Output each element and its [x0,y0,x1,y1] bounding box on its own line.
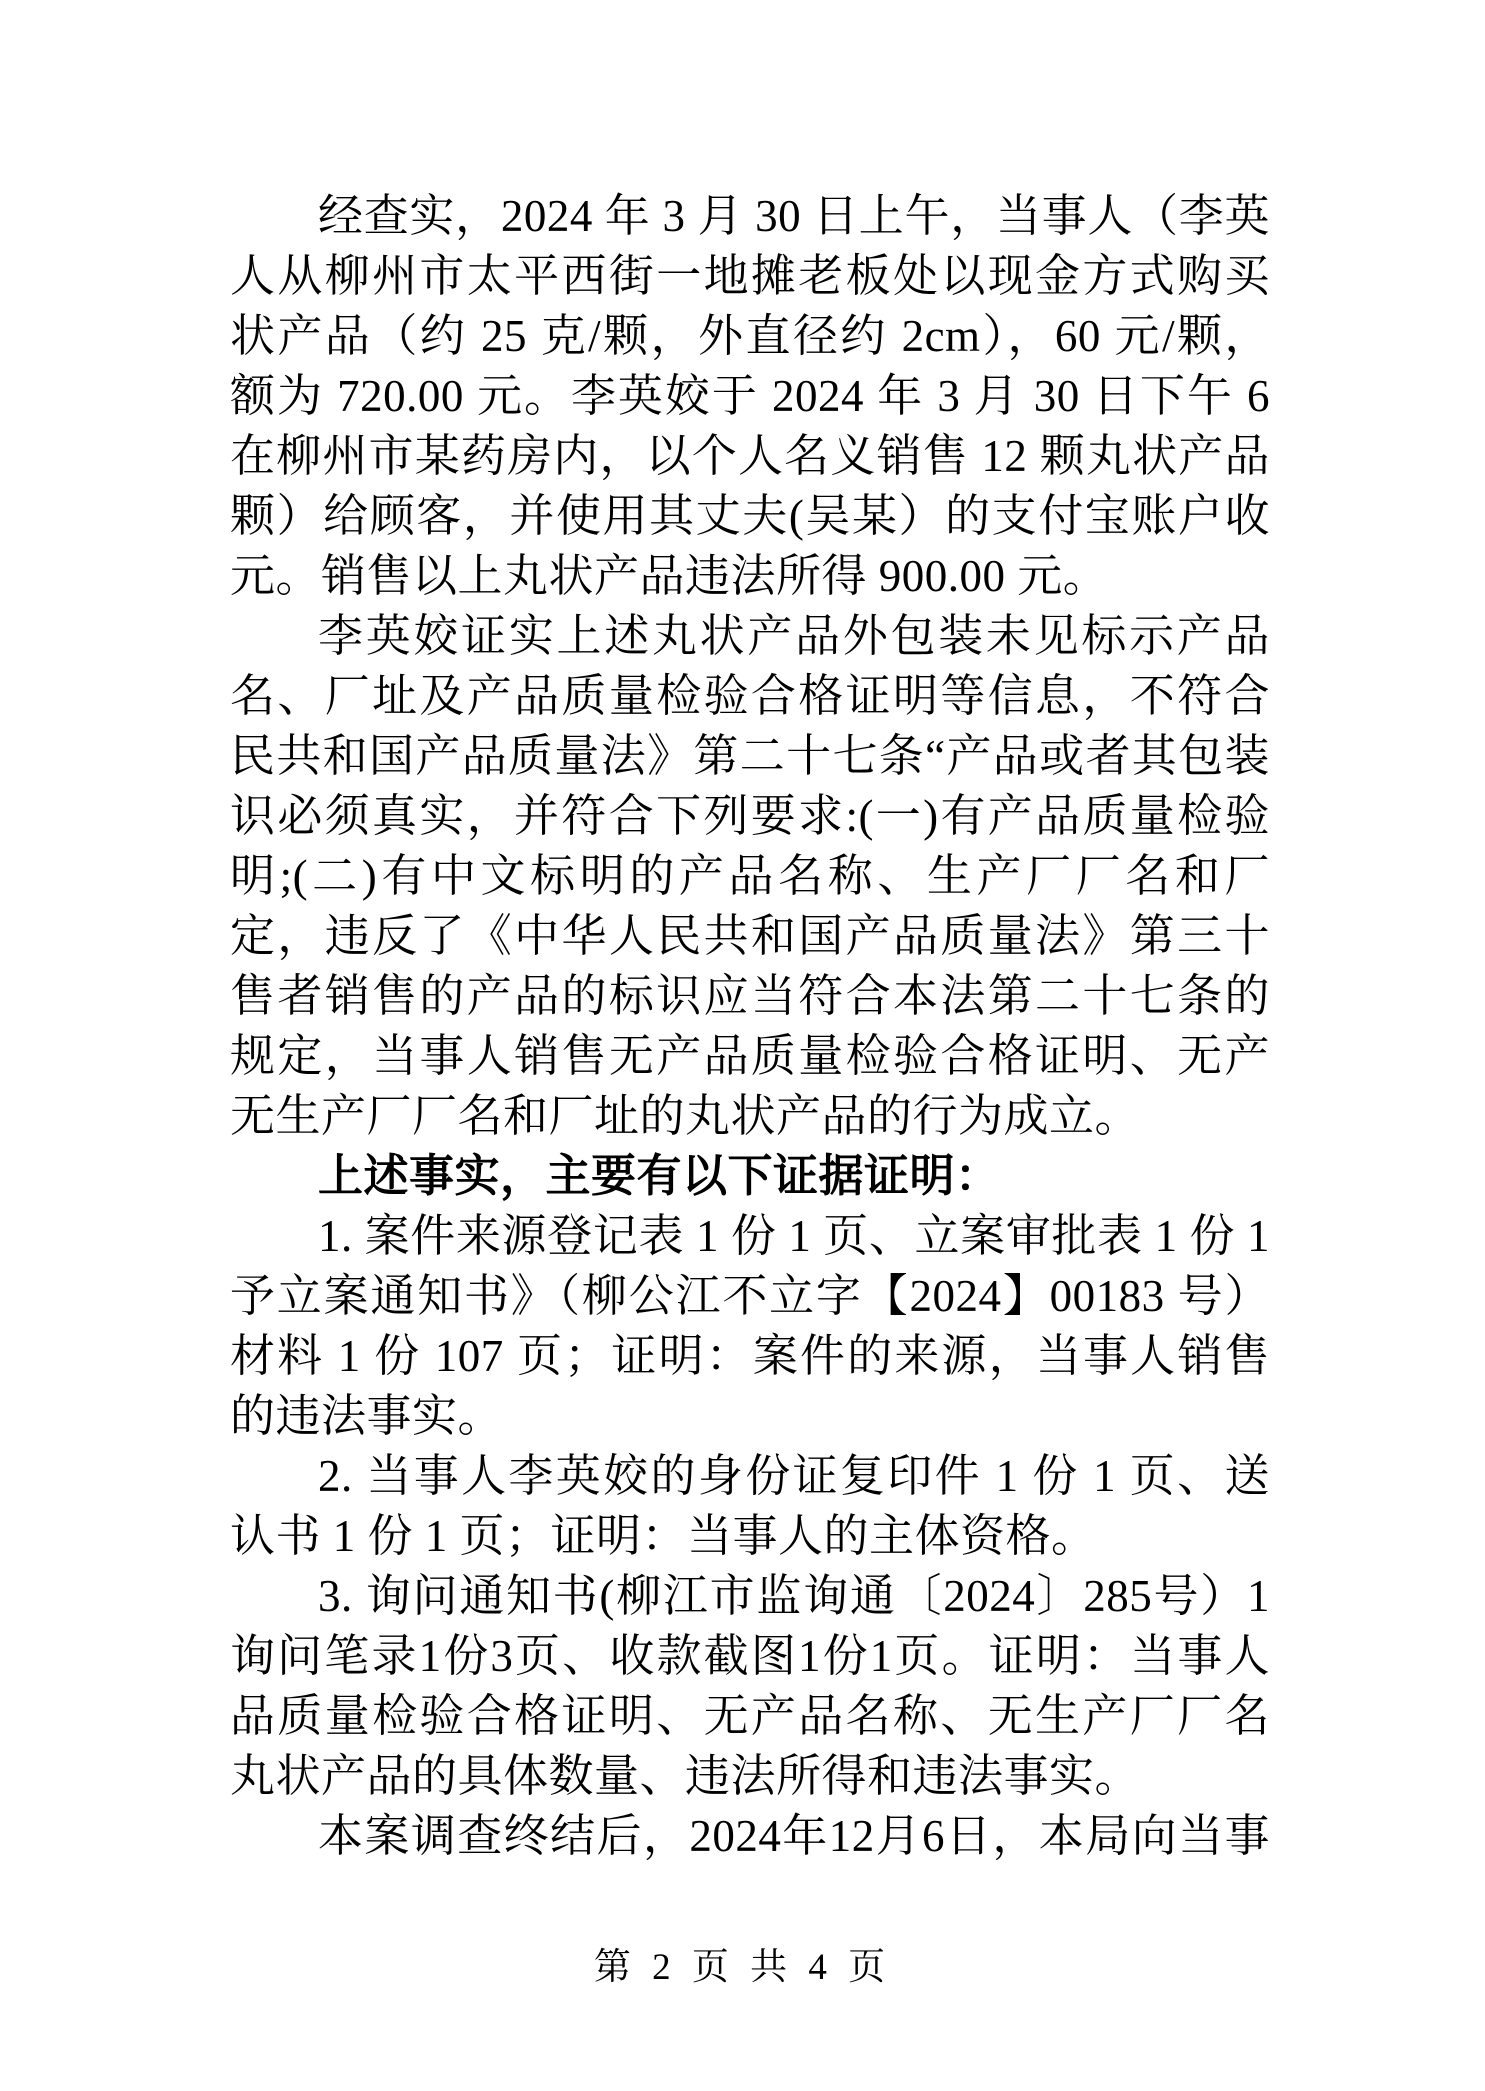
doc-line: 经查实，2024 年 3 月 30 日上午，当事人（李英姣）个 [230,186,1270,246]
doc-line: 询问笔录1份3页、收款截图1份1页。证明：当事人销售无产 [230,1626,1270,1686]
document-page: 经查实，2024 年 3 月 30 日上午，当事人（李英姣）个 人从柳州市太平西… [0,0,1485,2091]
doc-line: 认书 1 份 1 页；证明：当事人的主体资格。 [230,1506,1270,1566]
doc-line: 定，违反了《中华人民共和国产品质量法》第三十六条“销 [230,906,1270,966]
doc-line: 2. 当事人李英姣的身份证复印件 1 份 1 页、送达地址确 [230,1446,1270,1506]
doc-line: 李英姣证实上述丸状产品外包装未见标示产品名称、厂 [230,606,1270,666]
doc-line: 丸状产品的具体数量、违法所得和违法事实。 [230,1746,1270,1806]
doc-line: 名、厂址及产品质量检验合格证明等信息，不符合《中华人 [230,666,1270,726]
doc-line: 材料 1 份 107 页；证明：案件的来源，当事人销售丸状产品 [230,1326,1270,1386]
doc-line: 在柳州市某药房内，以个人名义销售 12 颗丸状产品（75 元/ [230,426,1270,486]
paragraph-conclusion: 本案调查终结后，2024年12月6日，本局向当事人直接 [230,1806,1270,1866]
doc-line: 识必须真实，并符合下列要求:(一)有产品质量检验合格证 [230,786,1270,846]
doc-line: 民共和国产品质量法》第二十七条“产品或者其包装上的标 [230,726,1270,786]
paragraph-violation: 李英姣证实上述丸状产品外包装未见标示产品名称、厂 名、厂址及产品质量检验合格证明… [230,606,1270,1146]
doc-line: 明;(二)有中文标明的产品名称、生产厂厂名和厂址”的规 [230,846,1270,906]
doc-line: 元。销售以上丸状产品违法所得 900.00 元。 [230,546,1270,606]
paragraph-evidence-1: 1. 案件来源登记表 1 份 1 页、立案审批表 1 份 1 页、《不 予立案通… [230,1206,1270,1446]
doc-line: 上述事实，主要有以下证据证明： [230,1146,1270,1206]
doc-line: 的违法事实。 [230,1386,1270,1446]
paragraph-evidence-3: 3. 询问通知书(柳江市监询通〔2024〕285号）1份1页、 询问笔录1份3页… [230,1566,1270,1806]
doc-line: 品质量检验合格证明、无产品名称、无生产厂厂名和厂址的 [230,1686,1270,1746]
doc-line: 颗）给顾客，并使用其丈夫(吴某）的支付宝账户收款 900.00 [230,486,1270,546]
paragraph-evidence-heading: 上述事实，主要有以下证据证明： [230,1146,1270,1206]
document-body: 经查实，2024 年 3 月 30 日上午，当事人（李英姣）个 人从柳州市太平西… [230,186,1270,1866]
paragraph-evidence-2: 2. 当事人李英姣的身份证复印件 1 份 1 页、送达地址确 认书 1 份 1 … [230,1446,1270,1566]
page-number-footer: 第 2 页 共 4 页 [0,1938,1485,1998]
doc-line: 售者销售的产品的标识应当符合本法第二十七条的规定”的 [230,966,1270,1026]
doc-line: 人从柳州市太平西街一地摊老板处以现金方式购买 12 颗丸 [230,246,1270,306]
doc-line: 本案调查终结后，2024年12月6日，本局向当事人直接 [230,1806,1270,1866]
doc-line: 无生产厂厂名和厂址的丸状产品的行为成立。 [230,1086,1270,1146]
paragraph-facts: 经查实，2024 年 3 月 30 日上午，当事人（李英姣）个 人从柳州市太平西… [230,186,1270,606]
doc-line: 状产品（约 25 克/颗，外直径约 2cm），60 元/颗，购进总 [230,306,1270,366]
doc-line: 予立案通知书》（柳公江不立字【2024】00183 号）及相关 [230,1266,1270,1326]
doc-line: 额为 720.00 元。李英姣于 2024 年 3 月 30 日下午 6 点 1… [230,366,1270,426]
doc-line: 规定，当事人销售无产品质量检验合格证明、无产品名称、 [230,1026,1270,1086]
doc-line: 1. 案件来源登记表 1 份 1 页、立案审批表 1 份 1 页、《不 [230,1206,1270,1266]
doc-line: 3. 询问通知书(柳江市监询通〔2024〕285号）1份1页、 [230,1566,1270,1626]
